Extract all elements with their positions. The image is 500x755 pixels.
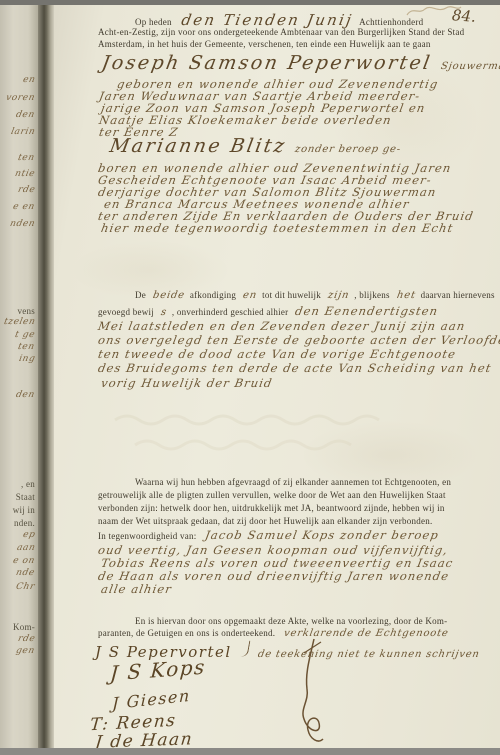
previous-page-edge: en voren den larin ten ntie rde e en nde… (0, 5, 38, 749)
margin-fragment: rde (17, 185, 36, 195)
margin-fragment: Chr (15, 582, 36, 592)
groom-name: Joseph Samson Peperwortel (100, 52, 434, 74)
groom-occupation: Sjouwerman (440, 61, 500, 72)
margin-fragment: , en (21, 479, 35, 489)
registrar-paraph (290, 637, 334, 749)
photo-border-top (0, 0, 500, 5)
photo-border-bottom (0, 748, 500, 755)
handwritten-fill: zijn (327, 290, 350, 301)
handwritten-line: hier mede tegenwoordig toetestemmen in d… (100, 221, 455, 235)
handwritten-line: Tobias Reens als voren oud tweeenveertig… (100, 556, 455, 570)
margin-fragment: nden. (14, 518, 35, 528)
handwritten-fill: s (160, 307, 168, 318)
printed-text: verbonden zijn: hetwelk door hen, uitdru… (98, 503, 445, 513)
margin-fragment: nde (15, 568, 36, 578)
handwritten-fill: den Eenendertigsten (294, 304, 439, 318)
margin-fragment: den (15, 110, 36, 120)
margin-fragment: tzelen (3, 317, 36, 327)
ink-bleed-through (110, 405, 450, 470)
printed-text: En is hiervan door ons opgemaakt deze Ak… (135, 616, 447, 626)
margin-fragment: den (15, 390, 36, 400)
margin-fragment: rde (17, 634, 36, 644)
bride-name: Marianne Blitz (108, 135, 288, 157)
margin-fragment: larin (10, 127, 36, 137)
handwritten-line: de Haan als voren oud drieenvijftig Jare… (97, 569, 450, 583)
page-number: 84. (451, 6, 476, 26)
printed-text: tot dit huwelijk (262, 290, 321, 300)
printed-text: Achttienhonderd (359, 17, 423, 27)
printed-text: Amsterdam, in het huis der Gemeente, ver… (98, 39, 431, 49)
margin-fragment: e on (12, 556, 36, 566)
printed-text: , blijkens (354, 290, 390, 300)
margin-fragment: ep (22, 530, 36, 540)
printed-text: naam der Wet uitspraak gedaan, dat zij d… (98, 516, 433, 526)
printed-text: De (135, 290, 146, 300)
printed-text: In tegenwoordigheid van: (98, 531, 196, 541)
scanned-marriage-record: en voren den larin ten ntie rde e en nde… (0, 0, 500, 755)
handwritten-line: des Bruidegoms ten derde de acte Van Sch… (97, 361, 493, 375)
printed-text: , onverhinderd geschied alhier (172, 307, 288, 317)
margin-fragment: ntie (14, 169, 36, 179)
printed-text: paranten, de Getuigen en ons is ondertee… (98, 628, 275, 638)
margin-fragment: e en (12, 202, 36, 212)
margin-fragment: nden (9, 219, 36, 229)
margin-fragment: en (22, 75, 36, 85)
handwritten-line: Mei laatstleden en den Zevenden dezer Ju… (97, 319, 467, 333)
margin-fragment: ten (17, 153, 36, 163)
handwritten-fill: beide (152, 290, 186, 301)
handwritten-fill: en (242, 290, 258, 301)
signature-brace (240, 640, 250, 658)
margin-fragment: Staat (16, 492, 35, 502)
handwritten-line: alle alhier (100, 582, 173, 596)
margin-fragment: ten (17, 342, 36, 352)
margin-fragment: gen (15, 646, 36, 656)
handwritten-line: zonder beroep ge- (294, 144, 402, 155)
book-gutter (38, 4, 54, 750)
margin-fragment: vens (18, 306, 36, 316)
printed-text: getrouwelijk alle de pligten zullen verv… (98, 490, 446, 500)
printed-text: Op heden (135, 17, 172, 27)
handwritten-line: ons overgelegd ten Eerste de geboorte ac… (97, 333, 500, 347)
margin-fragment: ing (18, 354, 36, 364)
margin-fragment: Kom- (13, 622, 35, 632)
printed-text: afkondiging (190, 290, 236, 300)
margin-fragment: t ge (14, 330, 36, 340)
handwritten-fill: het (396, 290, 417, 301)
handwritten-line: ten tweede de dood acte Van de vorige Ec… (97, 347, 457, 361)
margin-fragment: aan (16, 543, 36, 553)
printed-text: Acht-en-Zestig, zijn voor ons ondergetee… (98, 27, 464, 37)
printed-text: Waarna wij hun hebben afgevraagd of zij … (135, 477, 451, 487)
margin-fragment: voren (5, 93, 36, 103)
handwritten-line: oud veertig, Jan Geesen koopman oud vijf… (97, 543, 449, 557)
printed-text: daarvan hiernevens (421, 290, 495, 300)
printed-text: gevoegd bewij (98, 307, 154, 317)
handwritten-line: vorig Huwelijk der Bruid (100, 376, 274, 390)
margin-fragment: wij in (13, 505, 35, 515)
handwritten-line: Jacob Samuel Kops zonder beroep (204, 528, 440, 542)
